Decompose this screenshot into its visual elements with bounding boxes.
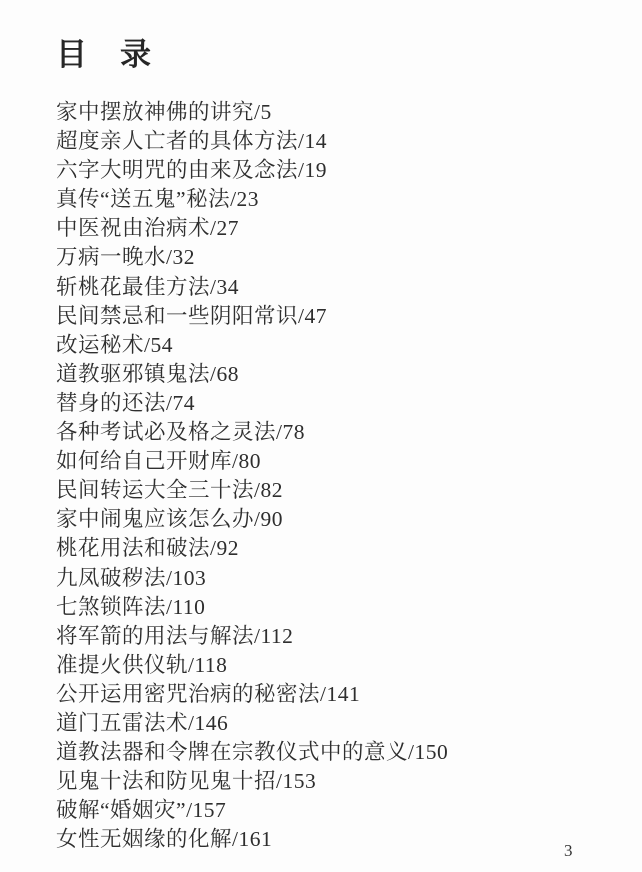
toc-item-text: 超度亲人亡者的具体方法/14 [56,129,327,153]
toc-item: 破解“婚姻灾”/157 [56,796,448,825]
toc-item: 见鬼十法和防见鬼十招/153 [56,767,448,796]
toc-item-text: 民间禁忌和一些阴阳常识/47 [56,304,327,328]
toc-item-text: 公开运用密咒治病的秘密法/141 [56,682,360,706]
toc-item-text: 道教法器和令牌在宗教仪式中的意义/150 [56,740,448,764]
page-title: 目 录 [56,38,152,72]
toc-item: 道教法器和令牌在宗教仪式中的意义/150 [56,738,448,767]
toc-item: 真传“送五鬼”秘法/23 [56,185,448,214]
toc-item-text: 斩桃花最佳方法/34 [56,275,239,299]
toc-item: 如何给自己开财库/80 [56,447,448,476]
toc-item: 改运秘术/54 [56,331,448,360]
toc-item-text: 各种考试必及格之灵法/78 [56,420,305,444]
toc-item-text: 家中闹鬼应该怎么办/90 [56,507,283,531]
toc-item: 七煞锁阵法/110 [56,593,448,622]
toc-item: 将军箭的用法与解法/112 [56,622,448,651]
toc-item: 六字大明咒的由来及念法/19 [56,156,448,185]
toc-item: 家中闹鬼应该怎么办/90 [56,505,448,534]
toc-item: 民间转运大全三十法/82 [56,476,448,505]
toc-item-text: 道教驱邪镇鬼法/68 [56,362,239,386]
toc-item: 替身的还法/74 [56,389,448,418]
toc-list: 家中摆放神佛的讲究/5 超度亲人亡者的具体方法/14 六字大明咒的由来及念法/1… [56,98,448,854]
toc-item: 女性无姻缘的化解/161 [56,825,448,854]
toc-item: 斩桃花最佳方法/34 [56,273,448,302]
toc-item-text: 破解“婚姻灾”/157 [56,798,226,822]
toc-item: 各种考试必及格之灵法/78 [56,418,448,447]
toc-item: 家中摆放神佛的讲究/5 [56,98,448,127]
toc-item-text: 真传“送五鬼”秘法/23 [56,187,259,211]
toc-item-text: 准提火供仪轨/118 [56,653,227,677]
toc-item: 中医祝由治病术/27 [56,214,448,243]
toc-item: 超度亲人亡者的具体方法/14 [56,127,448,156]
toc-item-text: 见鬼十法和防见鬼十招/153 [56,769,316,793]
toc-item-text: 改运秘术/54 [56,333,173,357]
toc-item-text: 如何给自己开财库/80 [56,449,261,473]
toc-item-text: 七煞锁阵法/110 [56,595,205,619]
toc-item-text: 九凤破秽法/103 [56,566,206,590]
toc-item: 道教驱邪镇鬼法/68 [56,360,448,389]
toc-page: 目 录 家中摆放神佛的讲究/5 超度亲人亡者的具体方法/14 六字大明咒的由来及… [0,0,642,872]
toc-item-text: 女性无姻缘的化解/161 [56,827,272,851]
toc-item: 九凤破秽法/103 [56,564,448,593]
toc-item-text: 将军箭的用法与解法/112 [56,624,293,648]
toc-item: 公开运用密咒治病的秘密法/141 [56,680,448,709]
toc-item-text: 万病一晚水/32 [56,245,195,269]
toc-item: 万病一晚水/32 [56,243,448,272]
toc-item: 桃花用法和破法/92 [56,534,448,563]
toc-item-text: 道门五雷法术/146 [56,711,228,735]
page-number: 3 [564,841,573,861]
toc-item: 道门五雷法术/146 [56,709,448,738]
toc-item: 民间禁忌和一些阴阳常识/47 [56,302,448,331]
toc-item-text: 替身的还法/74 [56,391,195,415]
toc-item-text: 六字大明咒的由来及念法/19 [56,158,327,182]
toc-item: 准提火供仪轨/118 [56,651,448,680]
toc-item-text: 桃花用法和破法/92 [56,536,239,560]
toc-item-text: 中医祝由治病术/27 [56,216,239,240]
toc-item-text: 家中摆放神佛的讲究/5 [56,100,272,124]
toc-item-text: 民间转运大全三十法/82 [56,478,283,502]
